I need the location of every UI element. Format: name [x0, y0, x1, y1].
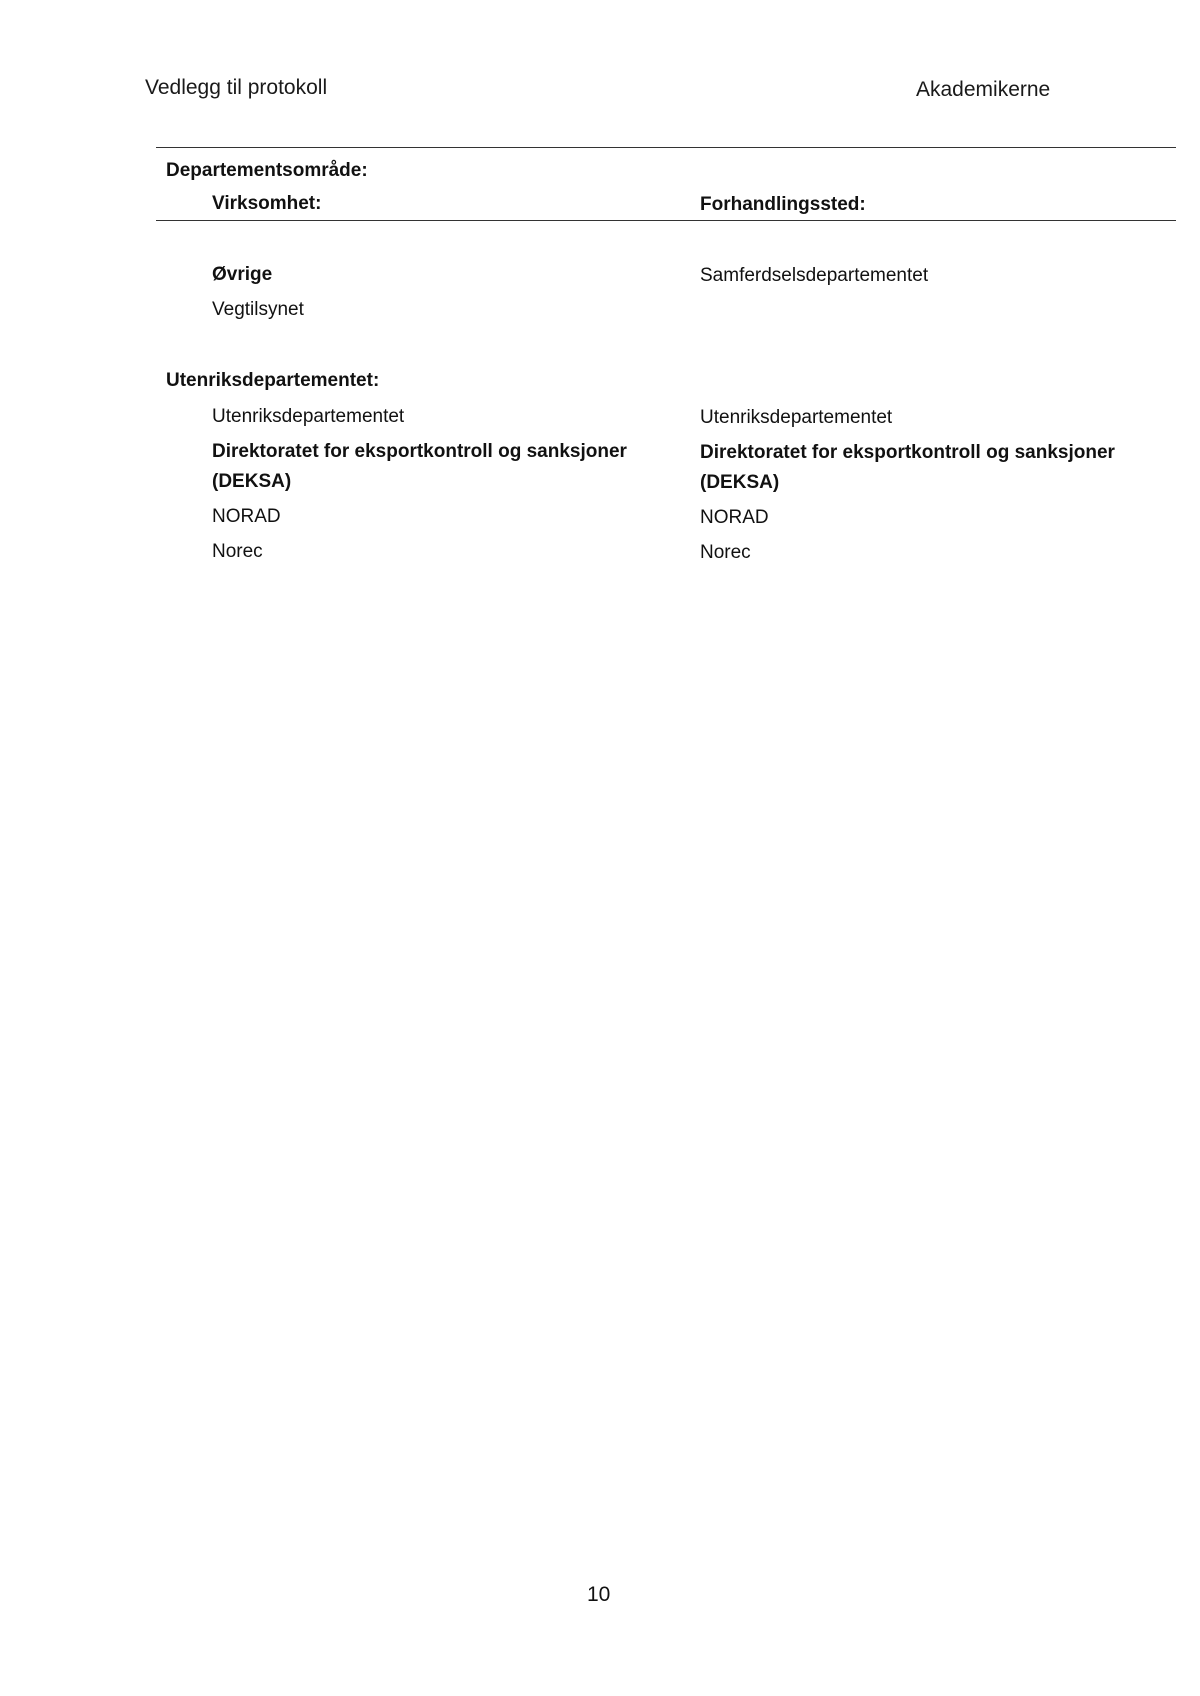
forhandlingssted-utenriksdepartementet: Utenriksdepartementet	[700, 407, 892, 429]
forhandlingssted-label: Forhandlingssted:	[700, 194, 866, 216]
virksomhet-norec: Norec	[212, 541, 263, 563]
virksomhet-label: Virksomhet:	[212, 193, 321, 215]
forhandlingssted-samferdselsdepartementet: Samferdselsdepartementet	[700, 265, 928, 287]
virksomhet-norad: NORAD	[212, 506, 281, 528]
header-right: Akademikerne	[916, 78, 1050, 102]
forhandlingssted-norec: Norec	[700, 542, 751, 564]
header-bottom-rule	[156, 220, 1176, 221]
forhandlingssted-deksa-line2: (DEKSA)	[700, 472, 779, 494]
virksomhet-ovrige: Øvrige	[212, 264, 272, 286]
section-heading-utenriksdepartementet: Utenriksdepartementet:	[166, 370, 379, 392]
header-left: Vedlegg til protokoll	[145, 76, 327, 100]
departementsomrade-label: Departementsområde:	[166, 160, 368, 182]
top-rule	[156, 147, 1176, 148]
virksomhet-utenriksdepartementet: Utenriksdepartementet	[212, 406, 404, 428]
virksomhet-vegtilsynet: Vegtilsynet	[212, 299, 304, 321]
page-number: 10	[587, 1583, 610, 1607]
forhandlingssted-deksa-line1: Direktoratet for eksportkontroll og sank…	[700, 442, 1115, 464]
virksomhet-deksa-line1: Direktoratet for eksportkontroll og sank…	[212, 441, 627, 463]
forhandlingssted-norad: NORAD	[700, 507, 769, 529]
virksomhet-deksa-line2: (DEKSA)	[212, 471, 291, 493]
